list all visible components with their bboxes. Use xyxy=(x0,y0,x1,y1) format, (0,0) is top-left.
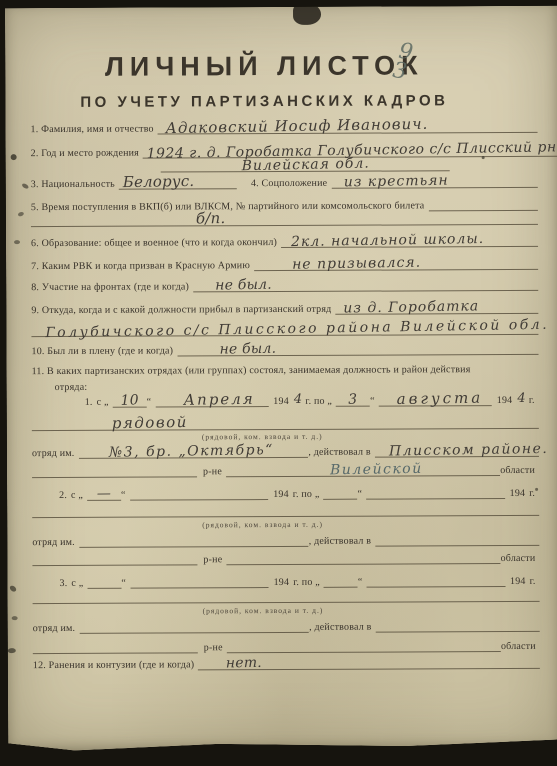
speck xyxy=(9,585,18,593)
quote-close: “ xyxy=(357,489,366,500)
record-acted-line: Плисском районе. xyxy=(375,440,539,458)
year-prefix: 194 xyxy=(268,489,293,500)
record-year-from: 4 xyxy=(294,392,303,407)
speck xyxy=(12,616,18,620)
record-acted-label: , действовал в xyxy=(309,622,376,633)
field-units-label: 11. В каких партизанских отрядах (или гр… xyxy=(32,364,475,377)
speck xyxy=(14,240,20,244)
record-region-lead-rule xyxy=(32,460,197,478)
record-number: 1. xyxy=(85,397,97,408)
field-origin-value: из д. Горобатка xyxy=(343,298,479,316)
field-social-value: из крестьян xyxy=(343,173,448,191)
quote-close: “ xyxy=(370,396,379,407)
field-education-label: 6. Образование: общее и военное (что и к… xyxy=(31,237,281,249)
speck xyxy=(8,648,16,653)
field-party-value: б/п. xyxy=(196,209,226,227)
ink-stain xyxy=(293,3,321,25)
record-role-rule: рядовой xyxy=(32,412,539,431)
record-role-caption: (рядовой, ком. взвода и т. д.) xyxy=(202,520,323,530)
record-region-line xyxy=(227,635,501,653)
record-1-unit: отряд им. №3, бр. „Октябрь“ , действовал… xyxy=(32,441,539,459)
field-rvk: 7. Каким РВК и когда призван в Красную А… xyxy=(31,254,538,272)
year-prefix: 194 xyxy=(505,488,530,499)
record-month-from-line: Апреля xyxy=(155,390,268,407)
field-captivity: 10. Был ли в плену (где и когда) не был. xyxy=(31,339,538,357)
field-party-line2: б/п. xyxy=(31,209,538,227)
field-birth-label: 2. Год и место рождения xyxy=(31,148,143,159)
record-unit-label: отряд им. xyxy=(32,537,79,548)
field-nationality-social: 3. Национальность Белорус. 4. Соцположен… xyxy=(31,172,538,190)
record-acted-line xyxy=(375,529,539,547)
field-education-line: 2кл. начальной школы. xyxy=(281,230,538,248)
speck xyxy=(535,488,538,491)
record-from-label: с „ xyxy=(71,490,87,501)
record-day-from: 10 xyxy=(120,392,139,409)
record-1-role-line: рядовой xyxy=(32,413,539,431)
form-subtitle: ПО УЧЕТУ ПАРТИЗАНСКИХ КАДРОВ xyxy=(5,92,523,111)
field-origin-line2: Голубичского с/с Плисского района Вилейс… xyxy=(31,319,538,337)
scanned-form-page: ЛИЧНЫЙ ЛИСТОК ПО УЧЕТУ ПАРТИЗАНСКИХ КАДР… xyxy=(5,6,557,752)
field-social-label: 4. Соцположение xyxy=(237,178,331,189)
record-to-label: г. по „ xyxy=(305,396,336,407)
quote-close: “ xyxy=(147,397,156,408)
field-rvk-line: не призывался. xyxy=(254,253,538,271)
record-2-role-line xyxy=(32,500,539,518)
year-prefix: 194 xyxy=(492,395,517,406)
record-unit-line: №3, бр. „Октябрь“ xyxy=(78,441,308,459)
record-year-to: 4 xyxy=(517,391,526,406)
field-wounds: 12. Ранения и контузии (где и когда) нет… xyxy=(33,653,540,671)
field-fronts-value: не был. xyxy=(215,277,272,294)
field-wounds-line: нет. xyxy=(198,652,540,670)
record-day-from: — xyxy=(97,486,111,502)
record-day-to-line xyxy=(323,483,357,500)
record-acted-label: , действовал в xyxy=(309,536,376,547)
speck xyxy=(21,183,29,190)
record-rne-label: р-не xyxy=(197,466,226,477)
field-rvk-label: 7. Каким РВК и когда призван в Красную А… xyxy=(31,260,254,272)
record-acted-in: Плисском районе. xyxy=(389,441,549,460)
record-3-unit: отряд им. , действовал в xyxy=(33,616,540,634)
quote-close: “ xyxy=(121,490,130,501)
record-unit-label: отряд им. xyxy=(32,448,79,459)
field-wounds-label: 12. Ранения и контузии (где и когда) xyxy=(33,659,198,671)
record-month-to-line xyxy=(366,482,505,500)
record-role-rule xyxy=(33,585,540,604)
record-month-from-line xyxy=(130,483,269,501)
record-acted-label: , действовал в xyxy=(308,447,375,458)
field-origin-line: из д. Горобатка xyxy=(335,297,538,315)
record-unit-line xyxy=(79,616,309,634)
record-rne-label: р-не xyxy=(198,642,227,653)
record-region-lead-rule xyxy=(33,636,198,654)
field-nationality-value: Белорус. xyxy=(123,172,195,191)
field-fronts-label: 8. Участие на фронтах (где и когда) xyxy=(31,281,193,293)
record-1-region: р-не Вилейской области xyxy=(32,460,539,478)
field-nationality-label: 3. Национальность xyxy=(31,179,119,190)
record-day-from-line: — xyxy=(87,484,121,501)
record-month-to-line: августа xyxy=(379,389,492,406)
record-from-label: с „ xyxy=(97,397,113,408)
record-role: рядовой xyxy=(112,413,188,432)
year-suffix: г. xyxy=(529,395,539,406)
record-unit-line xyxy=(79,530,309,548)
record-oblast-label: области xyxy=(500,465,539,476)
record-2-unit: отряд им. , действовал в xyxy=(32,530,539,548)
record-month-to: августа xyxy=(397,389,484,408)
record-3-role-line xyxy=(33,586,540,604)
field-surname-label: 1. Фамилия, имя и отчество xyxy=(31,124,158,136)
record-role-caption: (рядовой, ком. взвода и т. д.) xyxy=(203,606,324,616)
record-region-line: Вилейской xyxy=(226,459,500,477)
record-unit-label: отряд им. xyxy=(33,623,80,634)
record-day-to: 3 xyxy=(348,392,358,408)
record-acted-line xyxy=(375,615,539,633)
record-1-dates: 1. с „ 10 “ Апреля 194 4 г. по „ 3 “ авг… xyxy=(85,390,539,408)
record-number: 2. xyxy=(59,490,71,501)
record-month-from: Апреля xyxy=(183,390,254,409)
record-unit: №3, бр. „Октябрь“ xyxy=(108,442,273,461)
field-wounds-value: нет. xyxy=(226,655,262,672)
record-region-line xyxy=(226,547,500,565)
field-origin-label: 9. Откуда, когда и с какой должности при… xyxy=(31,304,335,316)
record-role-rule xyxy=(32,499,539,518)
field-captivity-value: не был. xyxy=(219,341,276,358)
record-2-region: р-не области xyxy=(32,548,539,566)
record-day-from-line: 10 xyxy=(113,391,147,408)
field-party-line2-rule: б/п. xyxy=(31,208,538,227)
field-captivity-line: не был. xyxy=(177,338,538,357)
field-fronts: 8. Участие на фронтах (где и когда) не б… xyxy=(31,275,538,293)
record-region: Вилейской xyxy=(330,461,423,479)
field-birth-line2: Вилейская обл. xyxy=(161,155,450,172)
field-units-header: 11. В каких партизанских отрядах (или гр… xyxy=(32,361,539,377)
record-oblast-label: области xyxy=(501,553,540,564)
record-rne-label: р-не xyxy=(197,554,226,565)
field-surname: 1. Фамилия, имя и отчество Адаковский Ио… xyxy=(30,117,537,135)
field-birth-line2-rule: Вилейская обл. xyxy=(161,154,450,172)
field-surname-value: Адаковский Иосиф Иванович. xyxy=(166,115,429,137)
field-surname-line: Адаковский Иосиф Иванович. xyxy=(158,116,538,135)
field-social-line: из крестьян xyxy=(331,171,538,189)
record-region-lead-rule xyxy=(32,548,197,566)
field-captivity-label: 10. Был ли в плену (где и когда) xyxy=(31,345,177,357)
form-title: ЛИЧНЫЙ ЛИСТОК xyxy=(5,50,523,83)
year-prefix: 194 xyxy=(268,396,293,407)
field-origin-line2-rule: Голубичского с/с Плисского района Вилейс… xyxy=(31,318,538,337)
record-to-label: г. по „ xyxy=(293,489,324,500)
record-day-to-line: 3 xyxy=(336,390,370,407)
field-rvk-value: не призывался. xyxy=(292,255,421,273)
field-education-value: 2кл. начальной школы. xyxy=(291,231,484,250)
field-nationality-line: Белорус. xyxy=(119,172,237,190)
speck xyxy=(17,211,24,217)
record-oblast-label: области xyxy=(501,641,540,652)
speck xyxy=(11,154,17,160)
page-mark-bottom: 3 xyxy=(388,60,411,83)
field-origin: 9. Откуда, когда и с какой должности при… xyxy=(31,298,538,316)
field-fronts-line: не был. xyxy=(193,274,538,293)
speck xyxy=(482,156,485,159)
field-education: 6. Образование: общее и военное (что и к… xyxy=(31,231,538,249)
